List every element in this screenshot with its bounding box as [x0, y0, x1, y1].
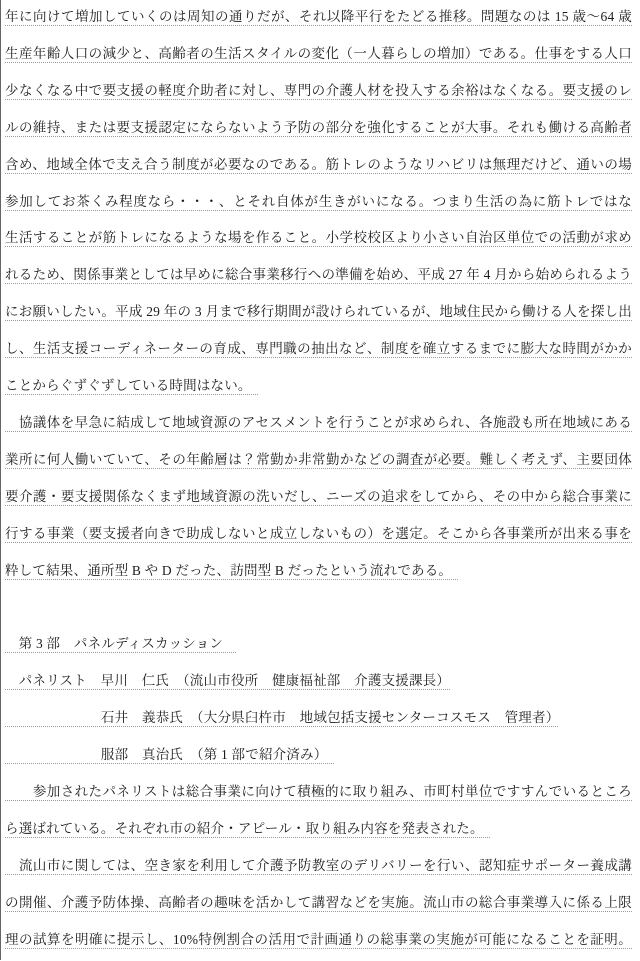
text-line: 第 3 部 パネルディスカッション	[5, 626, 632, 663]
blank-line	[5, 590, 632, 627]
text-line: 少なくなる中で要支援の軽度介助者に対し、専門の介護人材を投入する余裕はなくなる。…	[5, 73, 632, 110]
text-line: パネリスト 早川 仁氏 （流山市役所 健康福祉部 介護支援課長）	[5, 663, 632, 700]
text-line: 石井 義恭氏 （大分県臼杵市 地域包括支援センターコスモス 管理者）	[5, 700, 632, 737]
text-line: 年に向けて増加していくのは周知の通りだが、それ以降平行をたどる推移。問題なのは …	[5, 0, 632, 36]
text-line: 参加してお茶くみ程度なら・・・、とそれ自体が生きがいになる。つまり生活の為に筋ト…	[5, 184, 632, 221]
text-line: 理の試算を明確に提示し、10%特例割合の活用で計画通りの総事業の実施が可能になる…	[5, 922, 632, 959]
text-line: ルの維持、または要支援認定にならないよう予防の部分を強化することが大事。それも働…	[5, 110, 632, 147]
text-line: ら選ばれている。それぞれ市の紹介・アピール・取り組み内容を発表された。	[5, 811, 632, 848]
text-line: 業所に何人働いていて、その年齢層は？常勤か非常勤かなどの調査が必要。難しく考えず…	[5, 442, 632, 479]
text-line: 生産年齢人口の減少と、高齢者の生活スタイルの変化（一人暮らしの増加）である。仕事…	[5, 36, 632, 73]
document-page: 年に向けて増加していくのは周知の通りだが、それ以降平行をたどる推移。問題なのは …	[0, 0, 640, 960]
text-line: にお願いしたい。平成 29 年の 3 月まで移行期間が設けられているが、地域住民…	[5, 294, 632, 331]
text-line: し、生活支援コーディネーターの育成、専門職の抽出など、制度を確立するまでに膨大な…	[5, 331, 632, 368]
text-line: の開催、介護予防体操、高齢者の趣味を活かして講習などを実施。流山市の総合事業導入…	[5, 885, 632, 922]
text-line: 含め、地域全体で支え合う制度が必要なのである。筋トレのようなリハビリは無理だけど…	[5, 147, 632, 184]
text-line: ことからぐずぐずしている時間はない。	[5, 368, 632, 405]
text-line: 協議体を早急に結成して地域資源のアセスメントを行うことが求められ、各施設も所在地…	[5, 405, 632, 442]
document-body: 年に向けて増加していくのは周知の通りだが、それ以降平行をたどる推移。問題なのは …	[5, 0, 632, 959]
scan-edge-line	[0, 0, 1, 960]
text-line: 参加されたパネリストは総合事業に向けて積極的に取り組み、市町村単位ですすんでいる…	[5, 774, 632, 811]
text-line: 服部 真治氏 （第 1 部で紹介済み）	[5, 737, 632, 774]
text-line: 要介護・要支援関係なくまず地域資源の洗いだし、ニーズの追求をしてから、その中から…	[5, 479, 632, 516]
text-line: 流山市に関しては、空き家を利用して介護予防教室のデリバリーを行い、認知症サポータ…	[5, 848, 632, 885]
text-line: 生活することが筋トレになるような場を作ること。小学校校区より小さい自治区単位での…	[5, 220, 632, 257]
text-line: 行する事業（要支援者向きで助成しないと成立しないもの）を選定。そこから各事業所が…	[5, 516, 632, 553]
text-line: れるため、関係事業としては早めに総合事業移行への準備を始め、平成 27 年 4 …	[5, 257, 632, 294]
text-line: 粋して結果、通所型 B や D だった、訪問型 B だったという流れである。	[5, 553, 632, 590]
